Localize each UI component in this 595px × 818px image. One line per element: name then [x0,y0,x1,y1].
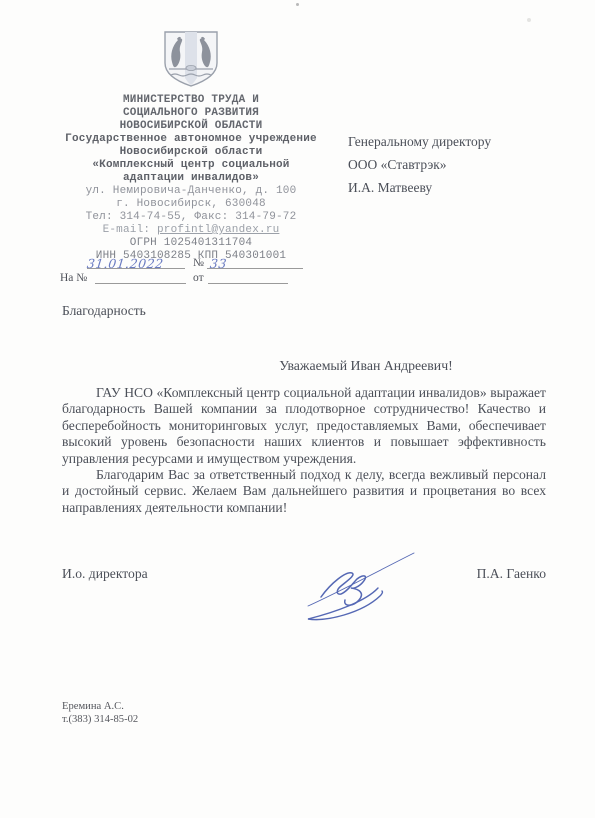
letterhead-ministry-line: МИНИСТЕРСТВО ТРУДА И [55,94,327,107]
paragraph: Благодарим Вас за ответственный подход к… [62,467,546,516]
scanned-letter-page: МИНИСТЕРСТВО ТРУДА И СОЦИАЛЬНОГО РАЗВИТИ… [0,0,595,818]
ot-date-field [208,270,288,284]
handwritten-number: 33 [209,256,227,271]
letterhead-org-line: Новосибирской области [55,146,327,159]
letterhead-email-line: E-mail: profintl@yandex.ru [55,224,327,237]
letterhead-ogrn-line: ОГРН 1025401311704 [55,237,327,250]
letterhead-address-line: г. Новосибирск, 630048 [55,198,327,211]
scan-artifact-dot [527,18,531,22]
handwritten-signature [288,544,420,640]
executor-footer: Еремина А.С. т.(383) 314-85-02 [62,701,138,726]
salutation: Уважаемый Иван Андреевич! [62,358,595,374]
letterhead-ministry-line: СОЦИАЛЬНОГО РАЗВИТИЯ [55,107,327,120]
document-type-title: Благодарность [62,303,146,319]
addressee-block: Генеральному директору ООО «Ставтрэк» И.… [348,130,491,199]
executor-name: Еремина А.С. [62,701,138,714]
signer-position: И.о. директора [62,566,148,582]
addressee-line: ООО «Ставтрэк» [348,153,491,176]
novosibirsk-coat-of-arms-icon [55,28,327,92]
paragraph: ГАУ НСО «Комплексный центр социальной ад… [62,385,546,467]
addressee-line: И.А. Матвееву [348,176,491,199]
letter-body: ГАУ НСО «Комплексный центр социальной ад… [62,385,546,516]
incoming-ref-row: На № от [60,269,305,284]
number-label: № [193,257,204,269]
number-field: 33 [207,255,303,269]
na-number-label: На № [60,272,93,284]
scan-artifact-dot [296,3,299,6]
signature-row: И.о. директора П.А. Гаенко [62,566,546,582]
addressee-line: Генеральному директору [348,130,491,153]
executor-phone: т.(383) 314-85-02 [62,714,138,727]
letterhead-address-line: ул. Немировича-Данченко, д. 100 [55,185,327,198]
email-link[interactable]: profintl@yandex.ru [157,224,279,236]
letterhead-address-line: Тел: 314-74-55, Факс: 314-79-72 [55,211,327,224]
na-number-field [95,270,186,284]
letterhead-ministry-line: НОВОСИБИРСКОЙ ОБЛАСТИ [55,120,327,133]
signer-name: П.А. Гаенко [477,566,546,582]
letterhead: МИНИСТЕРСТВО ТРУДА И СОЦИАЛЬНОГО РАЗВИТИ… [55,28,327,263]
date-field: 31.01.2022 [87,255,185,269]
outgoing-ref-row: 31.01.2022 № 33 [60,254,305,269]
letterhead-org-line: адаптации инвалидов» [55,172,327,185]
letterhead-org-line: «Комплексный центр социальной [55,159,327,172]
letterhead-org-line: Государственное автономное учреждение [55,133,327,146]
reference-block: 31.01.2022 № 33 На № от [60,254,305,284]
email-label: E-mail: [103,224,151,236]
ot-date-label: от [193,272,204,284]
handwritten-date: 31.01.2022 [86,256,164,271]
